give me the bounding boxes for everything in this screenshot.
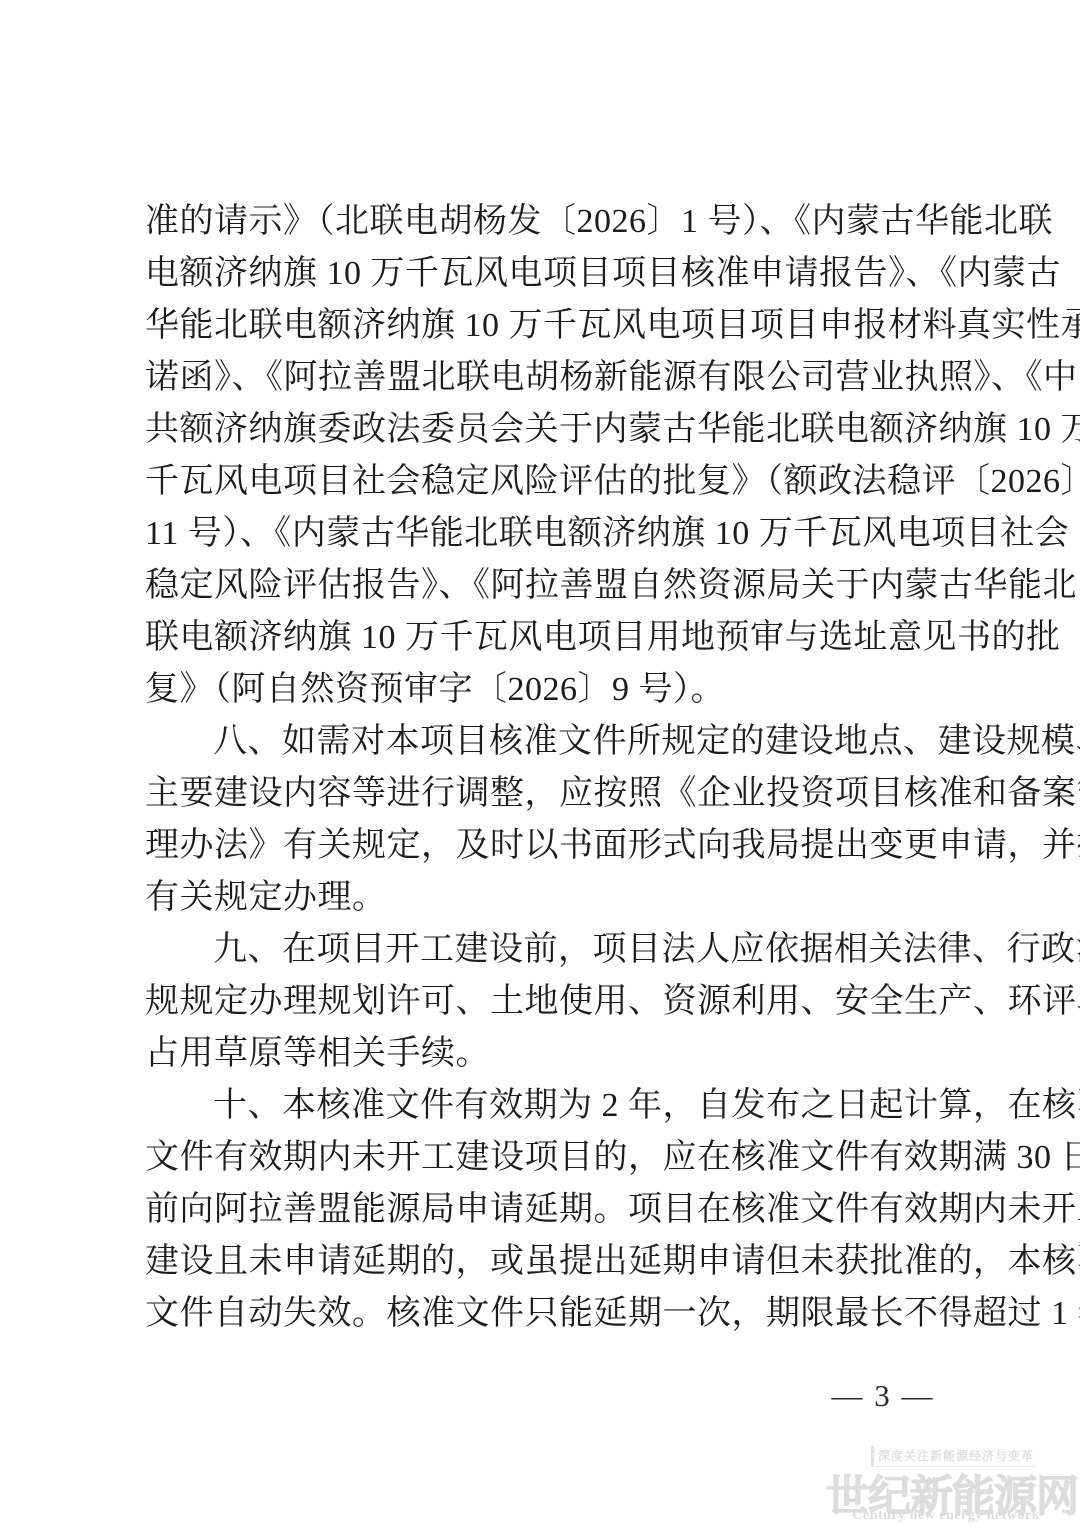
document-line: 有关规定办理。 (145, 872, 957, 924)
document-line: 占用草原等相关手续。 (145, 1028, 957, 1080)
document-line: 规规定办理规划许可、土地使用、资源利用、安全生产、环评、 (145, 976, 957, 1028)
document-body: 准的请示》（北联电胡杨发〔2026〕1 号）、《内蒙古华能北联 电额济纳旗 10… (145, 196, 957, 1340)
document-line: 理办法》有关规定，及时以书面形式向我局提出变更申请，并按 (145, 820, 957, 872)
page-number: — 3 — (828, 1378, 938, 1414)
watermark: 深度关注新能源经济与变革 世纪新能源网 Century new energy n… (840, 1442, 1080, 1527)
document-line: 文件自动失效。核准文件只能延期一次，期限最长不得超过 1 年。 (145, 1288, 957, 1340)
document-page: 准的请示》（北联电胡杨发〔2026〕1 号）、《内蒙古华能北联 电额济纳旗 10… (0, 0, 1080, 1527)
document-line: 前向阿拉善盟能源局申请延期。项目在核准文件有效期内未开工 (145, 1184, 957, 1236)
document-line: 共额济纳旗委政法委员会关于内蒙古华能北联电额济纳旗 10 万 (145, 404, 957, 456)
document-line: 诺函》、《阿拉善盟北联电胡杨新能源有限公司营业执照》、《中 (145, 352, 957, 404)
document-line: 联电额济纳旗 10 万千瓦风电项目用地预审与选址意见书的批 (145, 612, 957, 664)
document-line: 稳定风险评估报告》、《阿拉善盟自然资源局关于内蒙古华能北 (145, 560, 957, 612)
document-line: 电额济纳旗 10 万千瓦风电项目项目核准申请报告》、《内蒙古 (145, 248, 957, 300)
document-line: 建设且未申请延期的，或虽提出延期申请但未获批准的，本核准 (145, 1236, 957, 1288)
document-line-section-9: 九、在项目开工建设前，项目法人应依据相关法律、行政法 (145, 924, 957, 976)
document-line: 复》（阿自然资预审字〔2026〕9 号）。 (145, 664, 957, 716)
document-line: 主要建设内容等进行调整，应按照《企业投资项目核准和备案管 (145, 768, 957, 820)
document-line: 准的请示》（北联电胡杨发〔2026〕1 号）、《内蒙古华能北联 (145, 196, 957, 248)
document-line: 千瓦风电项目社会稳定风险评估的批复》（额政法稳评〔2026〕 (145, 456, 957, 508)
watermark-subtitle: Century new energy network (852, 1508, 1040, 1524)
document-line: 华能北联电额济纳旗 10 万千瓦风电项目项目申报材料真实性承 (145, 300, 957, 352)
document-line-section-8: 八、如需对本项目核准文件所规定的建设地点、建设规模、 (145, 716, 957, 768)
document-line: 文件有效期内未开工建设项目的，应在核准文件有效期满 30 日 (145, 1132, 957, 1184)
document-line: 11 号）、《内蒙古华能北联电额济纳旗 10 万千瓦风电项目社会 (145, 508, 957, 560)
document-line-section-10: 十、本核准文件有效期为 2 年，自发布之日起计算，在核准 (145, 1080, 957, 1132)
